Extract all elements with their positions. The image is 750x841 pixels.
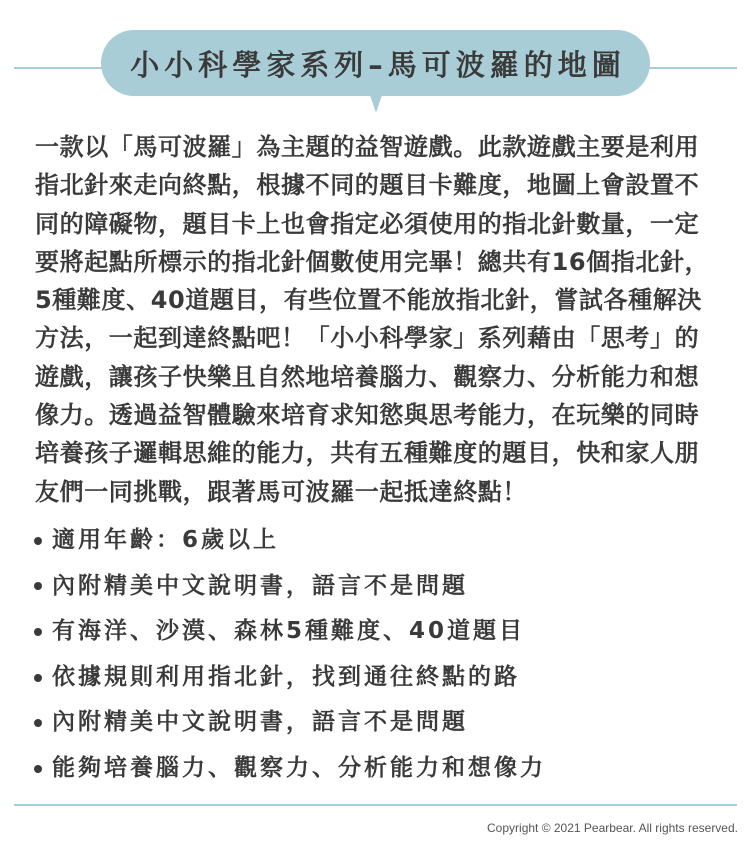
- intro-line: 要將起點所標示的指北針個數使用完畢！總共有16個指北針，: [35, 243, 725, 281]
- feature-item: 內附精美中文說明書，語言不是問題: [30, 700, 730, 746]
- page-title: 小小科學家系列–馬可波羅的地圖: [130, 43, 626, 84]
- header-divider-left: [14, 67, 104, 69]
- title-speech-bubble: 小小科學家系列–馬可波羅的地圖: [101, 30, 650, 96]
- feature-item: 內附精美中文說明書，語言不是問題: [30, 564, 730, 610]
- intro-line: 培養孩子邏輯思維的能力，共有五種難度的題目，快和家人朋: [35, 434, 725, 472]
- header-divider-right: [648, 67, 737, 69]
- feature-text: 內附精美中文說明書，語言不是問題: [52, 564, 468, 610]
- bullet-dot-icon: [34, 537, 42, 545]
- feature-item: 有海洋、沙漠、森林5種難度、40道題目: [30, 609, 730, 655]
- feature-item: 依據規則利用指北針，找到通往終點的路: [30, 655, 730, 701]
- intro-line: 5種難度、40道題目，有些位置不能放指北針，嘗試各種解決: [35, 281, 725, 319]
- copyright-notice: Copyright © 2021 Pearbear. All rights re…: [487, 821, 738, 835]
- intro-line: 一款以「馬可波羅」為主題的益智遊戲。此款遊戲主要是利用: [35, 128, 725, 166]
- speech-bubble-tail: [370, 95, 382, 113]
- feature-text: 依據規則利用指北針，找到通往終點的路: [52, 655, 520, 701]
- feature-text: 適用年齡：6歲以上: [52, 518, 279, 564]
- footer-divider: [14, 804, 737, 806]
- feature-item: 適用年齡：6歲以上: [30, 518, 730, 564]
- intro-paragraph: 一款以「馬可波羅」為主題的益智遊戲。此款遊戲主要是利用 指北針來走向終點，根據不…: [35, 128, 725, 511]
- intro-line: 指北針來走向終點，根據不同的題目卡難度，地圖上會設置不: [35, 166, 725, 204]
- bullet-dot-icon: [34, 674, 42, 682]
- feature-text: 有海洋、沙漠、森林5種難度、40道題目: [52, 609, 525, 655]
- intro-line: 遊戲，讓孩子快樂且自然地培養腦力、觀察力、分析能力和想: [35, 358, 725, 396]
- intro-line: 像力。透過益智體驗來培育求知慾與思考能力，在玩樂的同時: [35, 396, 725, 434]
- intro-line: 友們一同挑戰，跟著馬可波羅一起抵達終點！: [35, 473, 725, 511]
- bullet-dot-icon: [34, 582, 42, 590]
- feature-text: 內附精美中文說明書，語言不是問題: [52, 700, 468, 746]
- bullet-dot-icon: [34, 628, 42, 636]
- intro-line: 方法，一起到達終點吧！「小小科學家」系列藉由「思考」的: [35, 319, 725, 357]
- feature-item: 能夠培養腦力、觀察力、分析能力和想像力: [30, 746, 730, 792]
- feature-text: 能夠培養腦力、觀察力、分析能力和想像力: [52, 746, 546, 792]
- intro-line: 同的障礙物，題目卡上也會指定必須使用的指北針數量，一定: [35, 205, 725, 243]
- bullet-dot-icon: [34, 719, 42, 727]
- feature-list: 適用年齡：6歲以上 內附精美中文說明書，語言不是問題 有海洋、沙漠、森林5種難度…: [30, 518, 730, 792]
- bullet-dot-icon: [34, 765, 42, 773]
